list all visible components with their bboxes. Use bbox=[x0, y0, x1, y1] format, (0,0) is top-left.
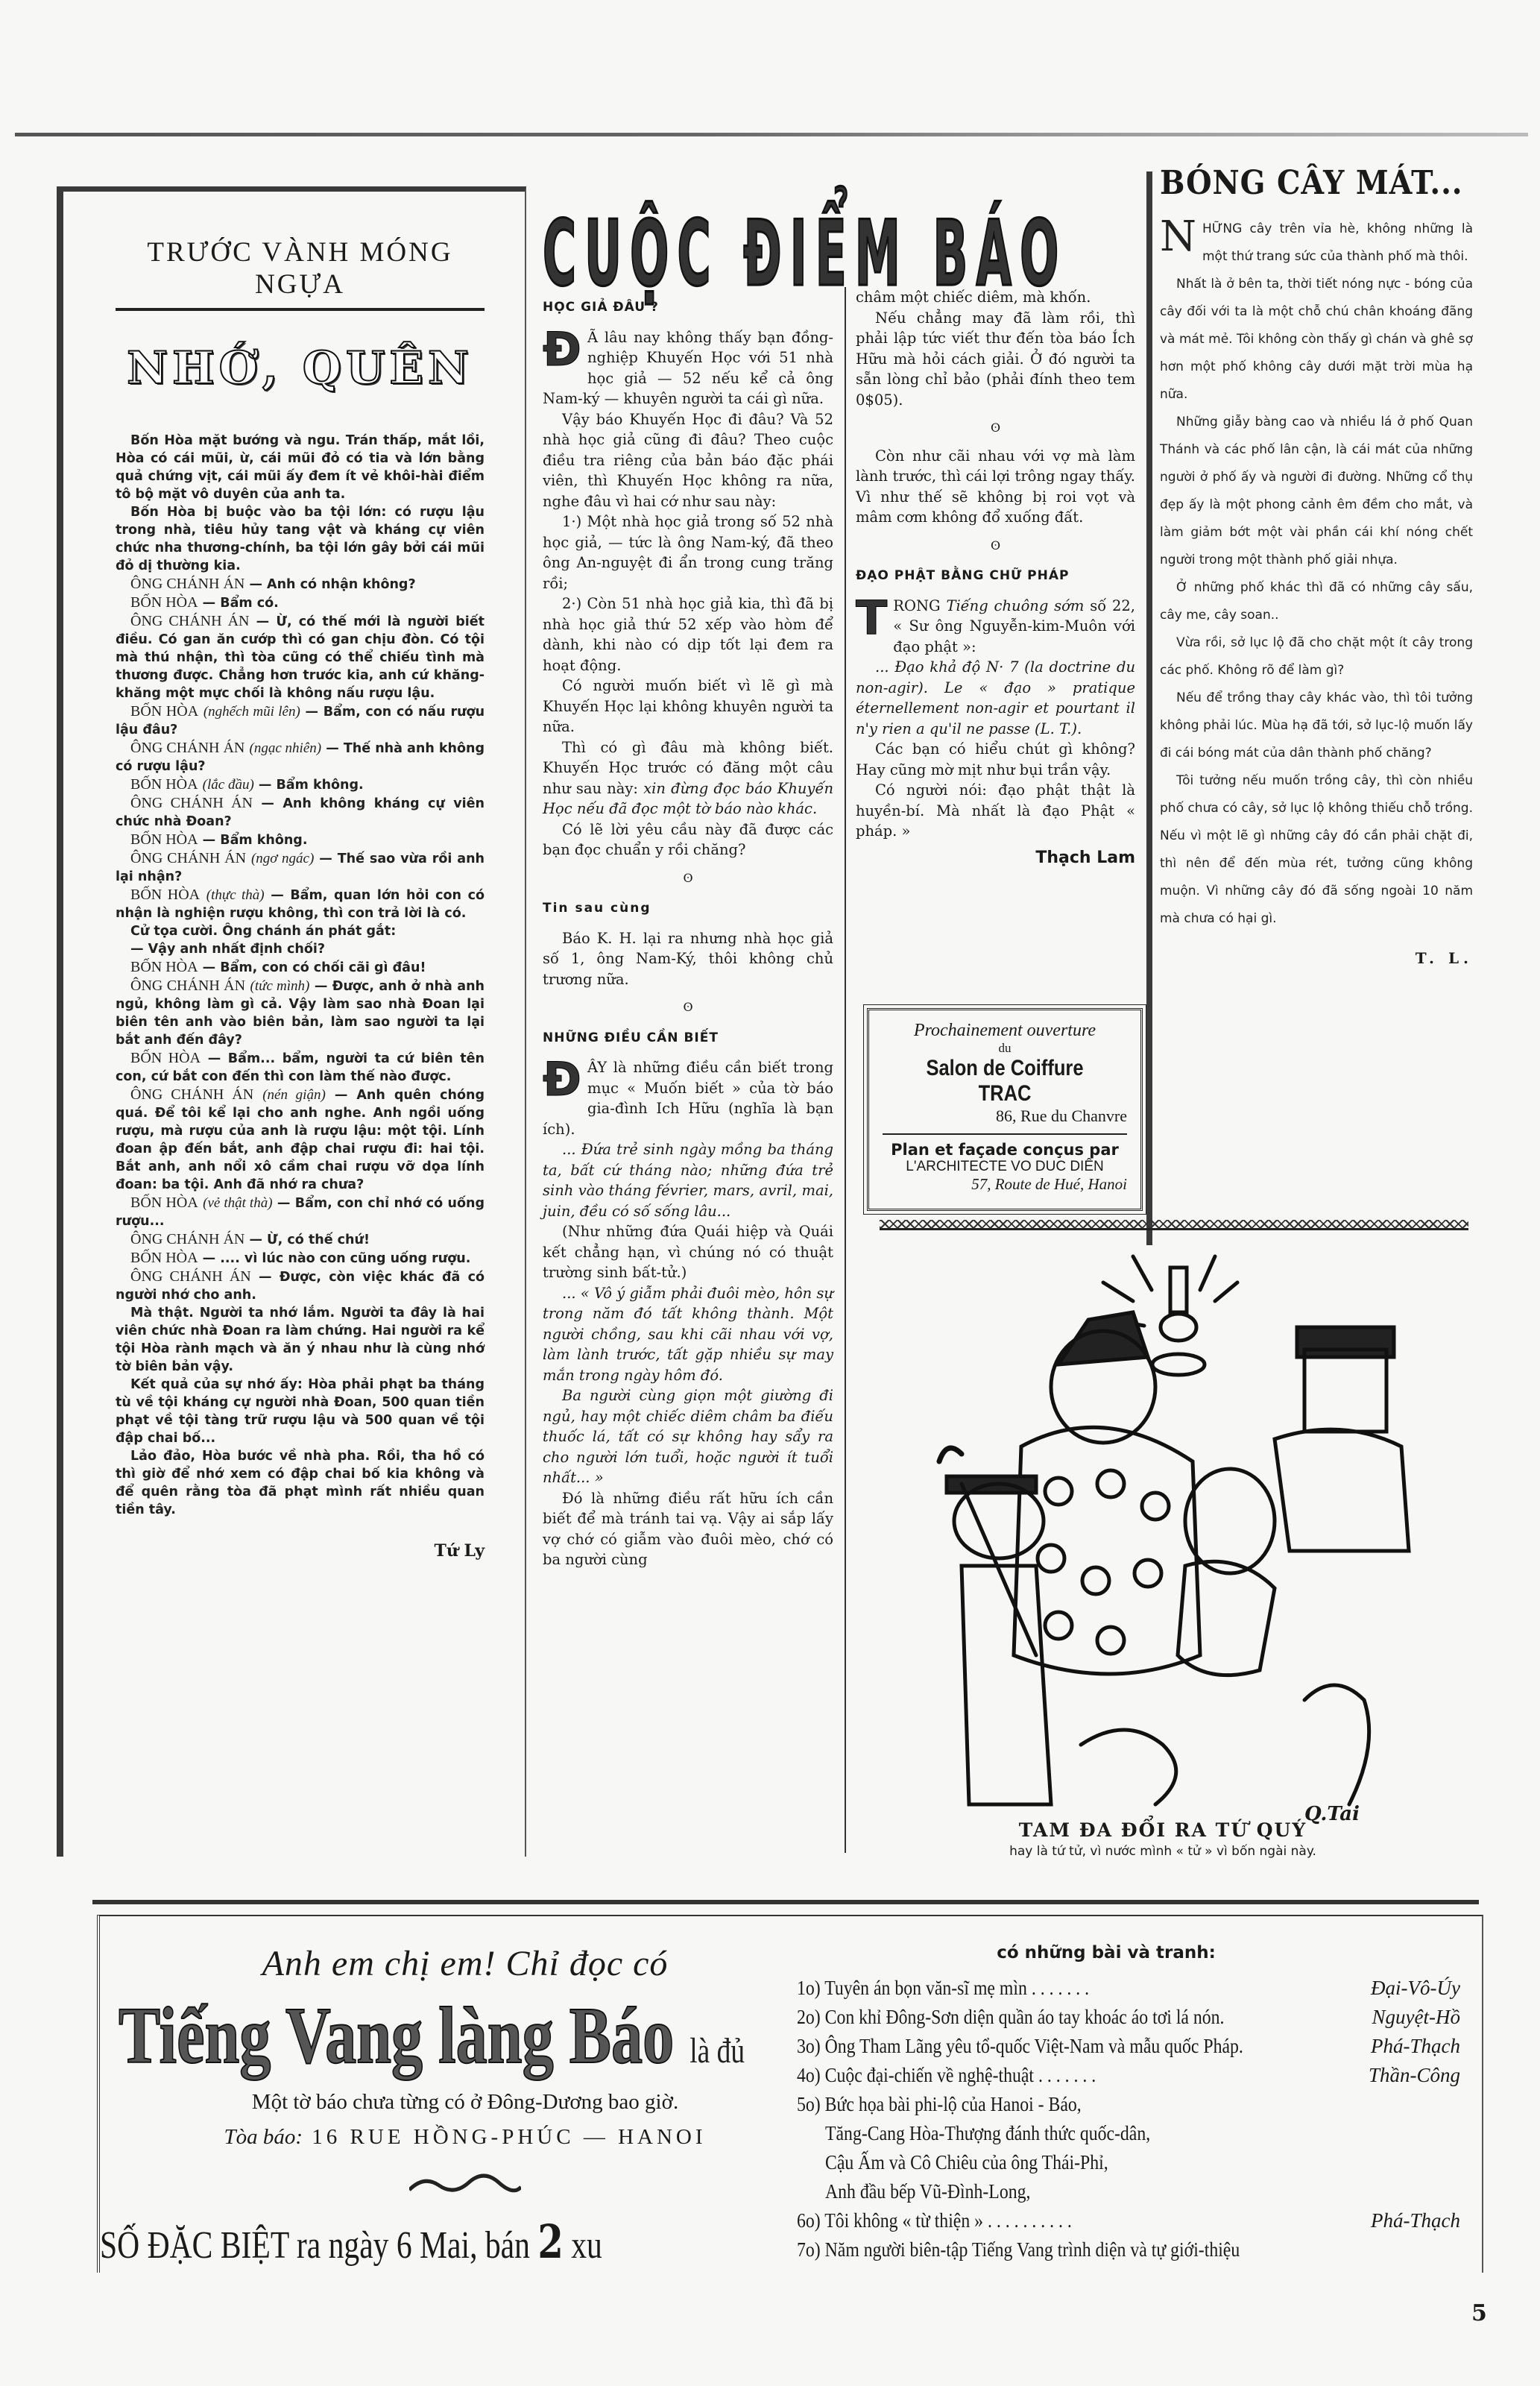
contents-item: 4o) Cuộc đại-chiến về nghệ-thuật . . . .… bbox=[797, 2061, 1475, 2090]
drop-cap: Đ bbox=[543, 330, 581, 369]
dialogue-line: ÔNG CHÁNH ÁN (ngạc nhiên) — Thế nhà anh … bbox=[116, 739, 485, 775]
column-1: HỌC GIẢ ĐÂU ? ĐÃ lâu nay không thấy bạn … bbox=[543, 287, 833, 1570]
speaker: ÔNG CHÁNH ÁN bbox=[130, 740, 244, 756]
cartoon-caption: TAM ĐA ĐỔI RA TỨ QUÝ hay là tứ tử, vì nư… bbox=[880, 1819, 1446, 1859]
paragraph: Thì có gì đâu mà không biết. Khuyến Học … bbox=[543, 737, 833, 819]
top-rule bbox=[15, 133, 1528, 136]
contents-item: 3o) Ông Tham Lãng yêu tổ-quốc Việt-Nam v… bbox=[797, 2032, 1475, 2061]
speaker: BỐN HÒA bbox=[130, 703, 198, 720]
subheading-dao-phat: ĐẠO PHẬT BẰNG CHỮ PHÁP bbox=[856, 566, 1135, 587]
ornament-icon: ʘ bbox=[856, 535, 1135, 556]
dialogue-line: BỐN HÒA (thực thà) — Bẩm, quan lớn hỏi c… bbox=[116, 886, 485, 922]
speaker: BỐN HÒA bbox=[130, 1194, 198, 1211]
contents-item: Cậu Ấm và Cô Chiêu của ông Thái-Phỉ, bbox=[797, 2148, 1475, 2177]
paragraph: Lảo đảo, Hòa bước về nhà pha. Rồi, tha h… bbox=[116, 1447, 485, 1519]
quote: ... « Vô ý giẫm phải đuôi mèo, hôn sự tr… bbox=[543, 1285, 833, 1384]
ad-subtitle: Một tờ báo chưa từng có ở Đông-Dương bao… bbox=[119, 2090, 812, 2115]
subheading-tin-sau-cung: Tin sau cùng bbox=[543, 898, 833, 919]
column-2: châm một chiếc diêm, mà khốn. Nếu chẳng … bbox=[856, 287, 1135, 868]
contents-item: 2o) Con khỉ Đông-Sơn diện quần áo tay kh… bbox=[797, 2003, 1475, 2032]
speaker: ÔNG CHÁNH ÁN bbox=[130, 1231, 244, 1247]
ornament-icon: ʘ bbox=[543, 868, 833, 889]
quote: ... Đạo khả độ N· 7 (la doctrine du non-… bbox=[856, 658, 1135, 737]
speaker: ÔNG CHÁNH ÁN bbox=[130, 613, 249, 629]
article-author: Tứ Ly bbox=[116, 1541, 485, 1561]
speaker: BỐN HÒA bbox=[130, 594, 198, 611]
contents-item: 6o) Tôi không « từ thiện » . . . . . . .… bbox=[797, 2206, 1475, 2235]
ad-salon-coiffure: Prochainement ouverture du Salon de Coif… bbox=[867, 1008, 1143, 1211]
quote: Ba người cùng giọn một giường đi ngủ, ha… bbox=[543, 1387, 833, 1486]
speaker: ÔNG CHÁNH ÁN bbox=[130, 1268, 251, 1285]
column-divider bbox=[845, 287, 846, 1853]
article-body: NHỮNG cây trên vỉa hè, không những là mộ… bbox=[1160, 215, 1473, 933]
contents-item: 7o) Năm người biên-tập Tiếng Vang trình … bbox=[797, 2235, 1475, 2264]
dialogue-line: BỐN HÒA (nghếch mũi lên) — Bẩm, con có n… bbox=[116, 702, 485, 739]
article-author: Thạch Lam bbox=[856, 848, 1135, 869]
stage-direction: (lắc đầu) bbox=[203, 777, 254, 793]
contents-item: Anh đầu bếp Vũ-Đình-Long, bbox=[797, 2177, 1475, 2206]
contents-item: Tăng-Cang Hòa-Thượng đánh thức quốc-dân, bbox=[797, 2119, 1475, 2148]
paragraph: Có người muốn biết vì lẽ gì mà Khuyến Họ… bbox=[543, 676, 833, 737]
stage-direction: (ngơ ngác) bbox=[251, 851, 314, 866]
cartoon-illustration bbox=[887, 1238, 1454, 1834]
speaker: BỐN HÒA bbox=[130, 1050, 201, 1066]
ad-left: Anh em chị em! Chỉ đọc có Tiếng Vang làn… bbox=[119, 1916, 812, 2196]
subheading-hoc-gia: HỌC GIẢ ĐÂU ? bbox=[543, 298, 833, 318]
speaker: ÔNG CHÁNH ÁN bbox=[130, 850, 246, 866]
dialogue-line: ÔNG CHÁNH ÁN — Anh có nhận không? bbox=[116, 575, 485, 594]
dialogue-line: ÔNG CHÁNH ÁN — Được, còn việc khác đã có… bbox=[116, 1268, 485, 1304]
paragraph: Kết quả của sự nhớ ấy: Hòa phải phạt ba … bbox=[116, 1376, 485, 1447]
divider bbox=[883, 1133, 1127, 1135]
dialogue-line: ÔNG CHÁNH ÁN — Ừ, có thế chứ! bbox=[116, 1230, 485, 1249]
paragraph: 1·) Một nhà học giả trong số 52 nhà học … bbox=[543, 511, 833, 594]
speaker: BỐN HÒA bbox=[130, 1250, 198, 1266]
article-nho-quen: TRƯỚC VÀNH MÓNG NGỰA NHỚ, QUÊN Bốn Hòa m… bbox=[57, 186, 526, 1857]
ornamental-rule bbox=[880, 1220, 1468, 1230]
speaker: ÔNG CHÁNH ÁN bbox=[130, 1086, 253, 1103]
paragraph: Nếu chẳng may đã làm rồi, thì phải lập t… bbox=[856, 308, 1135, 411]
stage-direction: (nghếch mũi lên) bbox=[203, 704, 300, 720]
paragraph: 2·) Còn 51 nhà học giả kia, thì đã bị nh… bbox=[543, 594, 833, 676]
paragraph: Các bạn có hiểu chút gì không? Hay cũng … bbox=[856, 739, 1135, 780]
stage-direction: (thực thà) bbox=[206, 887, 265, 903]
speaker: ÔNG CHÁNH ÁN bbox=[130, 978, 245, 994]
paragraph: Ã lâu nay không thấy bạn đồng-nghiệp Khu… bbox=[543, 329, 833, 408]
dialogue-line: BỐN HÒA — Bẩm... bẩm, người ta cứ biên t… bbox=[116, 1049, 485, 1086]
speaker: BỐN HÒA bbox=[130, 776, 198, 793]
paragraph: châm một chiếc diêm, mà khốn. bbox=[856, 287, 1135, 308]
paragraph: Cử tọa cười. Ông chánh án phát gắt: bbox=[116, 922, 485, 940]
contributor: Thần-Công bbox=[1369, 2061, 1460, 2090]
contributor: Phá-Thạch bbox=[1371, 2032, 1460, 2061]
ad-tagline: Anh em chị em! Chỉ đọc có bbox=[119, 1943, 812, 1984]
wave-ornament-icon bbox=[409, 2172, 521, 2193]
ad-address: Tòa báo: 16 RUE HỒNG-PHÚC — HANOI bbox=[119, 2125, 812, 2150]
dialogue-line: ÔNG CHÁNH ÁN — Anh không kháng cự viên c… bbox=[116, 794, 485, 831]
cartoon-figures-icon bbox=[887, 1238, 1454, 1834]
contributor: Nguyệt-Hồ bbox=[1372, 2003, 1460, 2032]
stage-direction: (vẻ thật thà) bbox=[203, 1195, 272, 1211]
ad-contents-list: có những bài và tranh: 1o) Tuyên án bọn … bbox=[797, 1939, 1475, 2264]
ad-tieng-vang-lang-bao: Anh em chị em! Chỉ đọc có Tiếng Vang làn… bbox=[97, 1915, 1483, 2273]
page-number: 5 bbox=[1471, 2300, 1487, 2326]
rule bbox=[92, 1900, 1479, 1904]
speaker: BỐN HÒA bbox=[130, 831, 198, 848]
paragraph: Bốn Hòa mặt bướng và ngu. Trán thấp, mắt… bbox=[116, 432, 485, 503]
contents-heading: có những bài và tranh: bbox=[797, 1939, 1475, 1968]
contents-item: 5o) Bức họa bài phi-lộ của Hanoi - Báo, bbox=[797, 2090, 1475, 2119]
dialogue-line: BỐN HÒA (lắc đầu) — Bẩm không. bbox=[116, 775, 485, 794]
contributor: Đại-Vô-Úy bbox=[1371, 1974, 1460, 2003]
ad-special-issue: SỐ ĐẶC BIỆT ra ngày 6 Mai, bán 2 xu bbox=[100, 2215, 602, 2269]
paragraph: Mà thật. Người ta nhớ lắm. Người ta đây … bbox=[116, 1304, 485, 1376]
ornament-icon: ʘ bbox=[543, 997, 833, 1018]
dialogue-line: BỐN HÒA (vẻ thật thà) — Bẩm, con chỉ nhớ… bbox=[116, 1194, 485, 1230]
paragraph: Vậy báo Khuyến Học đi đâu? Và 52 nhà học… bbox=[543, 409, 833, 512]
speaker: ÔNG CHÁNH ÁN bbox=[130, 576, 244, 592]
contributor: Phá-Thạch bbox=[1371, 2206, 1460, 2235]
drop-cap: T bbox=[856, 599, 887, 638]
article-author: T. L. bbox=[1160, 949, 1473, 967]
ornament-icon: ʘ bbox=[856, 418, 1135, 438]
article-headline: BÓNG CÂY MÁT... bbox=[1160, 164, 1442, 202]
ad-newspaper-name: Tiếng Vang làng Báo là đủ bbox=[119, 1990, 659, 2083]
dialogue-line: BỐN HÒA — .... vì lúc nào con cũng uống … bbox=[116, 1249, 485, 1268]
speaker: BỐN HÒA bbox=[130, 887, 200, 903]
paragraph: Đó là những điều rất hữu ích cần biết để… bbox=[543, 1488, 833, 1570]
article-body: Bốn Hòa mặt bướng và ngu. Trán thấp, mắt… bbox=[116, 432, 485, 1519]
stage-direction: (ngạc nhiên) bbox=[250, 740, 322, 756]
article-bong-cay-mat: BÓNG CÂY MÁT... NHỮNG cây trên vỉa hè, k… bbox=[1160, 164, 1473, 967]
paragraph: Báo K. H. lại ra nhưng nhà học giả số 1,… bbox=[543, 928, 833, 990]
dialogue-line: ÔNG CHÁNH ÁN (nén giận) — Anh quên chóng… bbox=[116, 1086, 485, 1194]
stage-direction: (nén giận) bbox=[262, 1087, 326, 1103]
stage-direction: (tức mình) bbox=[250, 978, 310, 994]
paragraph: Có lẽ lời yêu cầu này đã được các bạn đọ… bbox=[543, 819, 833, 860]
drop-cap: Đ bbox=[543, 1060, 581, 1099]
speaker: BỐN HÒA bbox=[130, 959, 198, 975]
dialogue-line: BỐN HÒA — Bẩm, con có chối cãi gì đâu! bbox=[116, 958, 485, 977]
article-headline: NHỚ, QUÊN bbox=[116, 342, 485, 394]
column-border bbox=[1146, 171, 1152, 1245]
dialogue-line: ÔNG CHÁNH ÁN — Ừ, có thế mới là người bi… bbox=[116, 612, 485, 702]
paragraph: Còn như cãi nhau với vợ mà làm lành trướ… bbox=[856, 446, 1135, 528]
section-kicker: TRƯỚC VÀNH MÓNG NGỰA bbox=[116, 236, 485, 311]
paragraph: Có người nói: đạo phật thật là huyền-bí.… bbox=[856, 780, 1135, 842]
paragraph: Bốn Hòa bị buộc vào ba tội lớn: có rượu … bbox=[116, 503, 485, 575]
caption-title: TAM ĐA ĐỔI RA TỨ QUÝ bbox=[880, 1819, 1446, 1841]
caption-subtitle: hay là tứ tử, vì nước mình « tử » vì bốn… bbox=[880, 1844, 1446, 1859]
quote: ... Đứa trẻ sinh ngày mồng ba tháng ta, … bbox=[543, 1141, 833, 1220]
paragraph: — Vậy anh nhất định chối? bbox=[116, 940, 485, 958]
subheading-can-biet: NHỮNG ĐIỀU CẦN BIẾT bbox=[543, 1028, 833, 1049]
speaker: ÔNG CHÁNH ÁN bbox=[130, 795, 253, 811]
dialogue-line: ÔNG CHÁNH ÁN (ngơ ngác) — Thế sao vừa rồ… bbox=[116, 849, 485, 886]
paragraph: (Như những đứa Quái hiệp và Quái kết chẳ… bbox=[543, 1221, 833, 1283]
dialogue-line: BỐN HÒA — Bẩm có. bbox=[116, 594, 485, 612]
drop-cap: N bbox=[1160, 220, 1196, 254]
dialogue-line: ÔNG CHÁNH ÁN (tức mình) — Được, anh ở nh… bbox=[116, 977, 485, 1049]
contents-item: 1o) Tuyên án bọn văn-sĩ mẹ mìn . . . . .… bbox=[797, 1974, 1475, 2003]
dialogue-line: BỐN HÒA — Bẩm không. bbox=[116, 831, 485, 849]
